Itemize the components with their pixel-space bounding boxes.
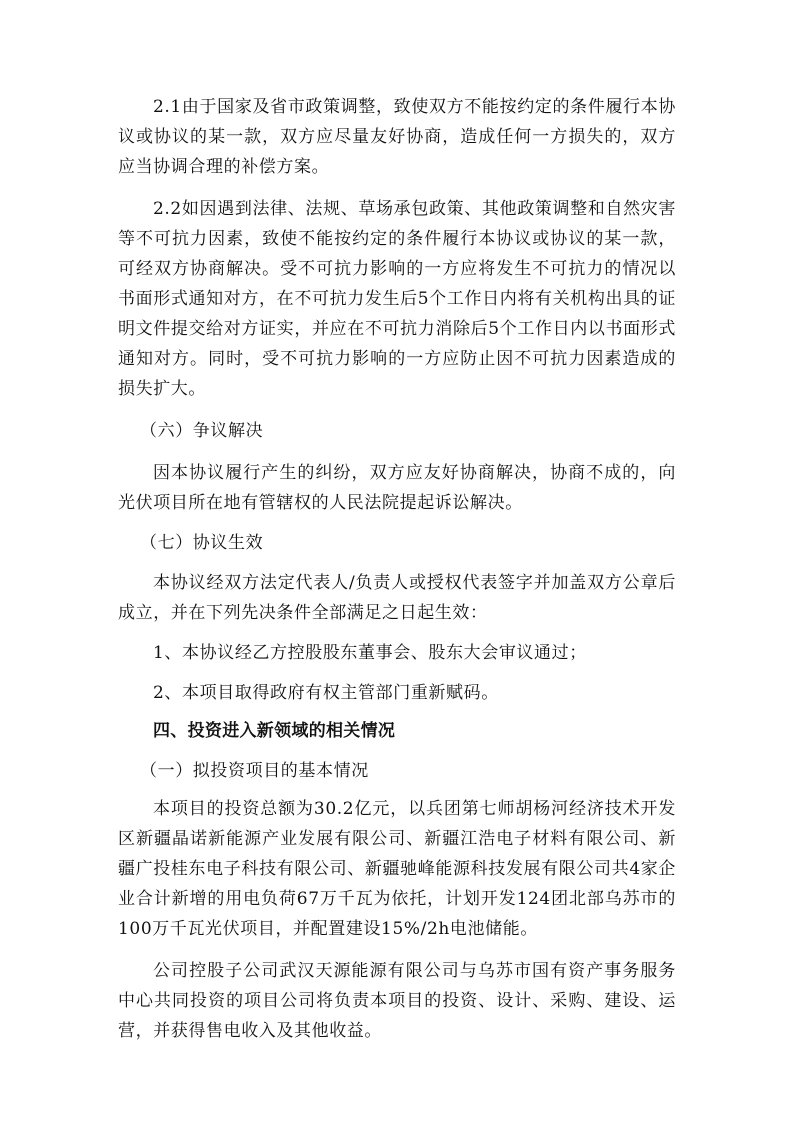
section-6-title: （六）争议解决	[118, 416, 676, 446]
heading-section-4: 四、投资进入新领域的相关情况	[118, 716, 676, 746]
section-7-title: （七）协议生效	[118, 528, 676, 558]
subsection-1-body-1: 本项目的投资总额为30.2亿元，以兵团第七师胡杨河经济技术开发区新疆晶诺新能源产…	[118, 794, 676, 944]
section-7-item-1: 1、本协议经乙方控股股东董事会、股东大会审议通过；	[118, 638, 676, 668]
subsection-1-title: （一）拟投资项目的基本情况	[118, 756, 676, 786]
section-6-body: 因本协议履行产生的纠纷，双方应友好协商解决，协商不成的，向光伏项目所在地有管辖权…	[118, 458, 676, 518]
section-7-body: 本协议经双方法定代表人/负责人或授权代表签字并加盖双方公章后成立，并在下列先决条…	[118, 568, 676, 628]
section-7-item-2: 2、本项目取得政府有权主管部门重新赋码。	[118, 678, 676, 708]
subsection-1-body-2: 公司控股子公司武汉天源能源有限公司与乌苏市国有资产事务服务中心共同投资的项目公司…	[118, 956, 676, 1046]
paragraph-2-1: 2.1由于国家及省市政策调整，致使双方不能按约定的条件履行本协议或协议的某一款，…	[118, 92, 676, 182]
paragraph-2-2: 2.2如因遇到法律、法规、草场承包政策、其他政策调整和自然灾害等不可抗力因素，致…	[118, 194, 676, 404]
document-page: 2.1由于国家及省市政策调整，致使双方不能按约定的条件履行本协议或协议的某一款，…	[118, 92, 676, 1046]
